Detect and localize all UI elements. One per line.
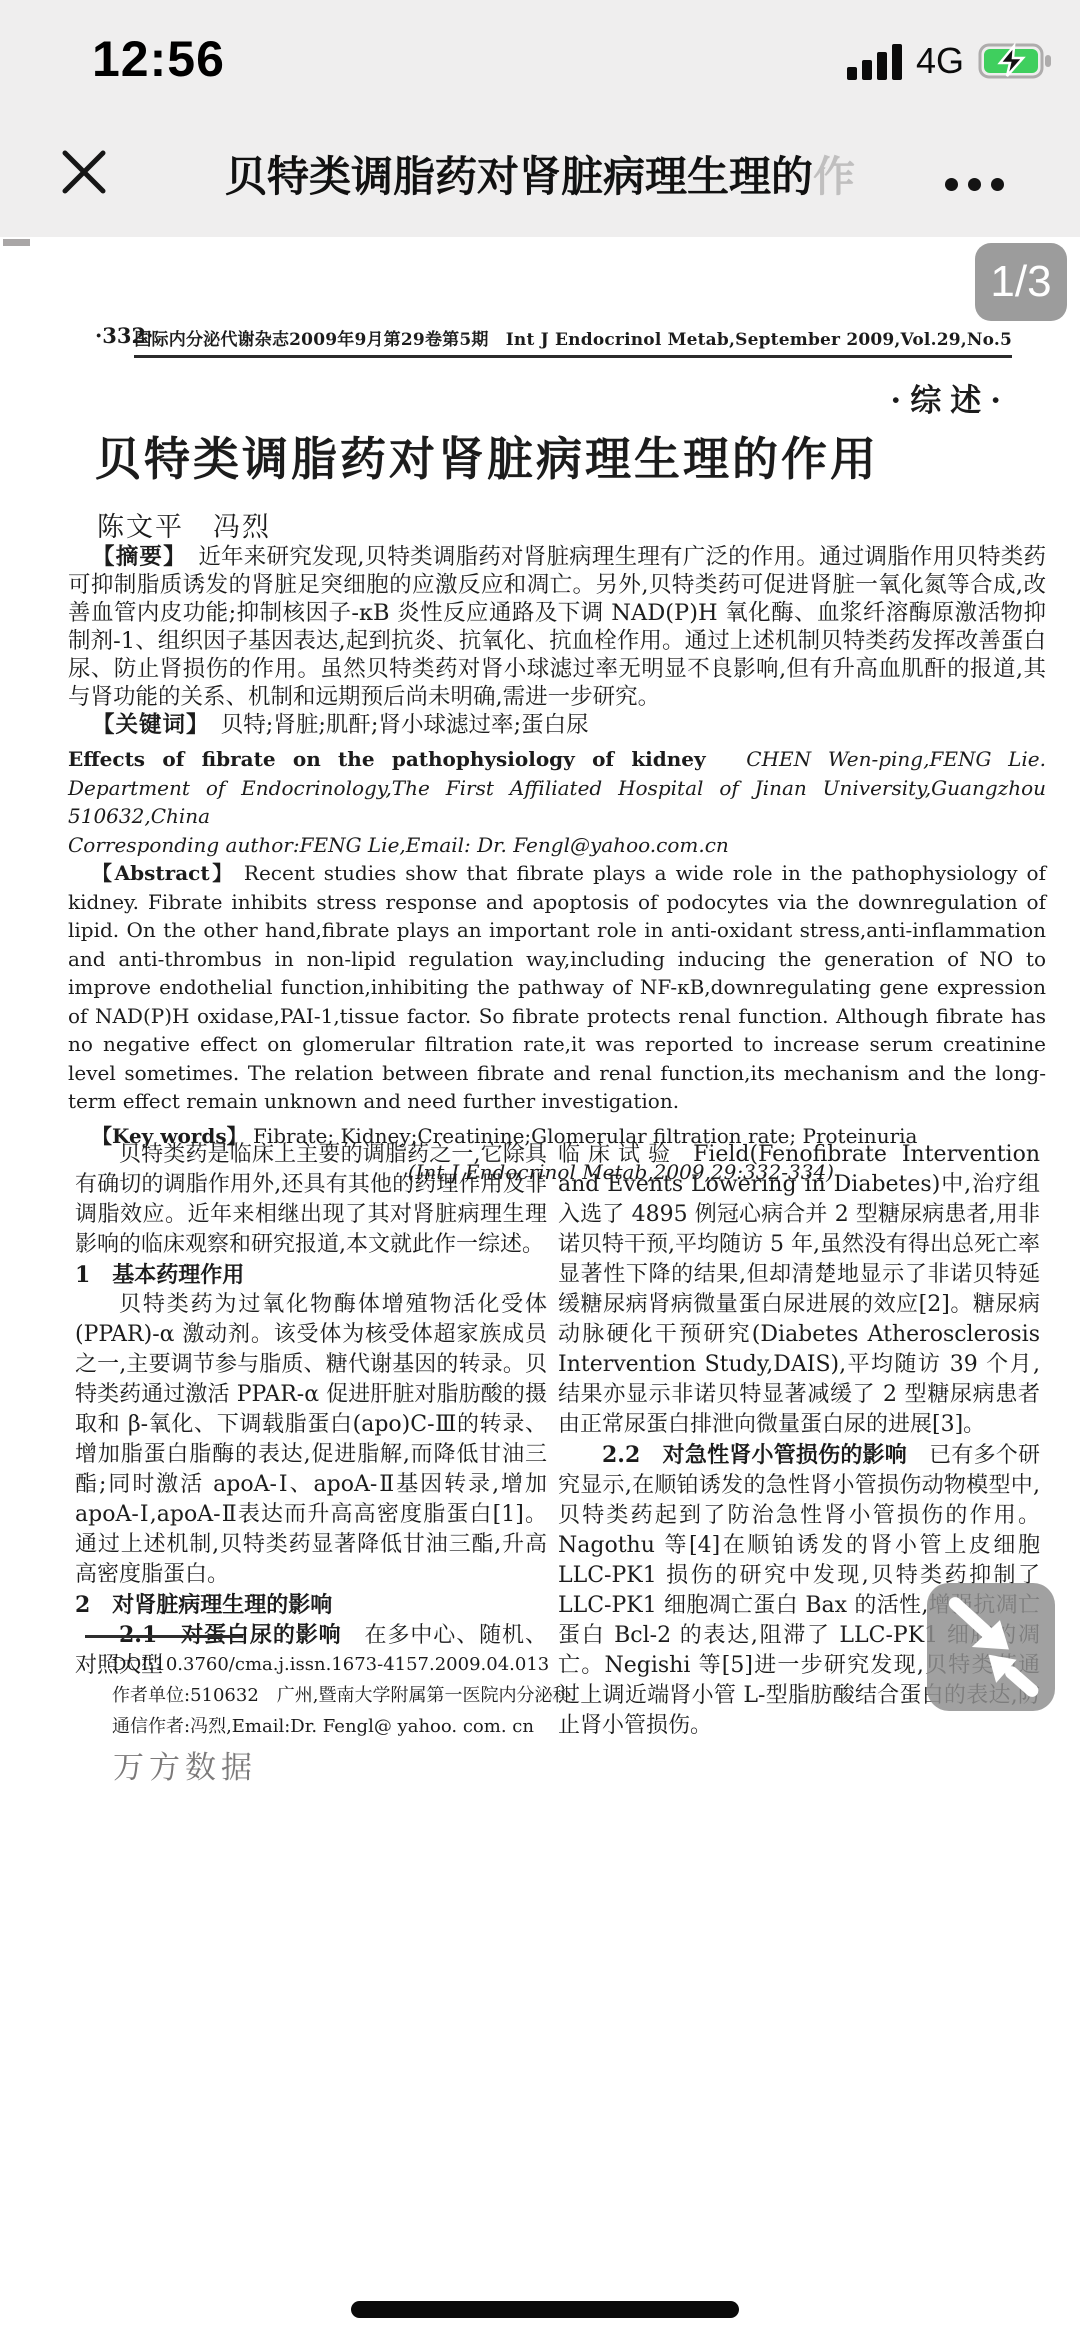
doi-line: DOI:10.3760/cma.j.issn.1673-4157.2009.04…	[112, 1649, 582, 1680]
nav-title: 贝特类调脂药对肾脏病理生理的作	[225, 144, 855, 204]
fullscreen-toggle-button[interactable]	[927, 1583, 1055, 1711]
more-options-icon[interactable]	[945, 178, 1004, 191]
abstract-text: 近年来研究发现,贝特类调脂药对肾脏病理生理有广泛的作用。通过调脂作用贝特类药可抑…	[68, 544, 1046, 710]
english-corresponding-line: Corresponding author:FENG Lie,Email: Dr.…	[68, 831, 1046, 860]
keywords-paragraph: 【关键词】 贝特;肾脏;肌酐;肾小球滤过率;蛋白尿	[68, 711, 1046, 739]
cellular-signal-icon	[847, 42, 902, 80]
footnote-block: DOI:10.3760/cma.j.issn.1673-4157.2009.04…	[112, 1649, 582, 1742]
home-indicator[interactable]	[351, 2301, 739, 2318]
english-title: Effects of fibrate on the pathophysiolog…	[68, 747, 706, 771]
article-authors: 陈文平 冯烈	[97, 505, 271, 544]
chinese-abstract-block: 【摘要】 近年来研究发现,贝特类调脂药对肾脏病理生理有广泛的作用。通过调脂作用贝…	[68, 543, 1046, 739]
keywords-text: 贝特;肾脏;肌酐;肾小球滤过率;蛋白尿	[198, 712, 588, 738]
body-paragraph: 临床试验 Field(Fenofibrate Intervention and …	[558, 1140, 1040, 1440]
keywords-label: 【关键词】	[92, 712, 198, 738]
abstract-label: 【摘要】	[92, 544, 176, 570]
wanfang-watermark: 万方数据	[113, 1742, 257, 1787]
status-nav-area: 12:56 4G 贝特类调脂药对肾脏病理生理的作	[0, 0, 1080, 237]
journal-header: 国际内分泌代谢杂志2009年9月第29卷第5期 Int J Endocrinol…	[134, 325, 1012, 358]
page-indicator-badge: 1/3	[975, 243, 1067, 321]
english-abstract-label: 【Abstract】	[92, 861, 235, 885]
section-heading: 1 基本药理作用	[75, 1260, 547, 1290]
footnote-divider	[85, 1635, 243, 1638]
affiliation-line: 作者单位:510632 广州,暨南大学附属第一医院内分泌科	[112, 1680, 582, 1711]
clock: 12:56	[92, 30, 225, 88]
english-title-line: Effects of fibrate on the pathophysiolog…	[68, 745, 1046, 831]
english-abstract-paragraph: 【Abstract】 Recent studies show that fibr…	[68, 859, 1046, 1116]
body-paragraph: 贝特类药是临床上主要的调脂药之一,它除具有确切的调脂作用外,还具有其他的药理作用…	[75, 1140, 547, 1260]
subsection-heading: 2.2 对急性肾小管损伤的影响	[602, 1442, 907, 1468]
status-icons: 4G	[847, 40, 1054, 82]
body-paragraph: 贝特类药为过氧化物酶体增殖物活化受体(PPAR)-α 激动剂。该受体为核受体超家…	[75, 1290, 547, 1590]
document-page: 1/3 ·332· 国际内分泌代谢杂志2009年9月第29卷第5期 Int J …	[0, 237, 1080, 2337]
english-abstract-text: Recent studies show that fibrate plays a…	[68, 861, 1046, 1113]
nav-title-text: 贝特类调脂药对肾脏病理生理的	[225, 153, 813, 200]
phone-screen: 12:56 4G 贝特类调脂药对肾脏病理生理的作 1/3 ·332· 国际内分泌…	[0, 0, 1080, 2337]
body-left-column: 贝特类药是临床上主要的调脂药之一,它除具有确切的调脂作用外,还具有其他的药理作用…	[75, 1140, 547, 1681]
diagonal-arrows-icon	[927, 1583, 1055, 1711]
correspondence-line: 通信作者:冯烈,Email:Dr. Fengl@ yahoo. com. cn	[112, 1711, 582, 1742]
english-abstract-block: Effects of fibrate on the pathophysiolog…	[68, 745, 1046, 1187]
scan-artifact	[3, 239, 30, 246]
article-title: 贝特类调脂药对肾脏病理生理的作用	[95, 423, 879, 489]
article-category-label: ·综述·	[890, 375, 1010, 420]
abstract-paragraph: 【摘要】 近年来研究发现,贝特类调脂药对肾脏病理生理有广泛的作用。通过调脂作用贝…	[68, 543, 1046, 711]
nav-title-faded-char: 作	[813, 153, 855, 200]
close-icon[interactable]	[58, 146, 110, 198]
network-type-label: 4G	[916, 40, 964, 82]
section-heading: 2 对肾脏病理生理的影响	[75, 1590, 547, 1620]
battery-charging-icon	[978, 42, 1054, 80]
